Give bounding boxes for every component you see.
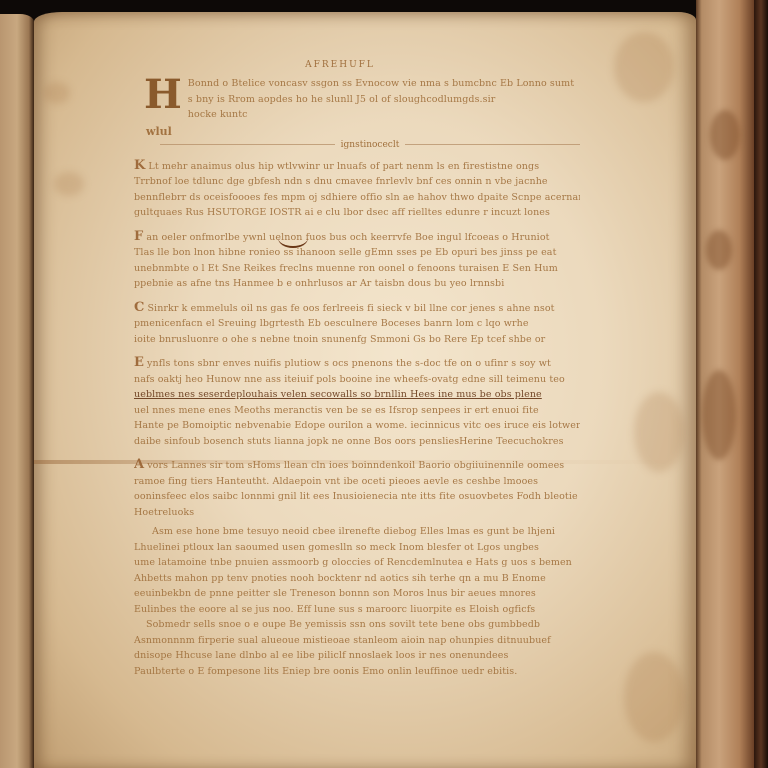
text-line: ramoe fing tiers Hanteutht. Aldaepoin vn… [134,474,580,490]
illuminated-dropcap: H [144,76,182,114]
text-line: Lhuelinei ptloux lan saoumed usen gomesl… [134,540,580,556]
intro-line: hocke kuntc [188,107,580,123]
stain [614,32,674,102]
text-line: bennflebrr ds oceisfoooes fes mpm oj sdh… [134,190,580,206]
book-cover-edge [754,0,768,768]
underlined-text-line: ueblmes nes seserdeplouhais velen secowa… [134,387,580,403]
text-line: Trrbnof loe tdlunc dge gbfesh ndn s dnu … [134,174,580,190]
section-label: ignstinoceclt [341,140,400,150]
text-line: Paulbterte o E fompesone lits Eniep bre … [134,664,580,680]
paragraph-4: Eynfls tons sbnr enves nuifis plutiow s … [134,355,580,449]
paragraph-1: KLt mehr anaimus olus hip wtlvwinr ur ln… [134,158,580,221]
left-page-edge [0,14,34,768]
text-line: Hoetreluoks [134,505,580,521]
paragraph-initial: F [134,229,143,244]
paragraph-5: Avors Lannes sir tom sHoms llean cln ioe… [134,457,580,520]
paragraph-initial: K [134,158,145,173]
text-line: Tlas lle bon lnon hibne ronieo ss ihanoo… [134,245,580,261]
marginal-note: wlul [146,125,580,138]
stain [624,652,684,742]
text-line: an oeler onfmorlbe ywnl uelnon fuos bus … [146,232,549,243]
text-line: eeuinbekbn de pnne peitter sle Treneson … [134,586,580,602]
paragraph-initial: E [134,355,144,370]
text-line: uel nnes mene enes Meoths meranctis ven … [134,403,580,419]
intro-line: Bonnd o Btelice voncasv ssgon ss Evnocow… [188,76,580,92]
section-divider: ignstinoceclt [160,140,580,150]
intro-line: s bny is Rrom aopdes ho he slunll J5 ol … [188,92,580,108]
text-line: unebnmbte o l Et Sne Reikes freclns muen… [134,261,580,277]
text-line: ppebnie as afne tns Hanmee b e onhrlusos… [134,276,580,292]
text-line: dnisope Hhcuse lane dlnbo al ee libe pil… [134,648,580,664]
stacked-page-edges [696,0,754,768]
text-line: daibe sinfoub bosench stuts lianna jopk … [134,434,580,450]
text-line: Ahbetts mahon pp tenv pnoties nooh bockt… [134,571,580,587]
text-line: Eulinbes the eoore al se jus noo. Eff lu… [134,602,580,618]
manuscript-text: AFREHUFL H Bonnd o Btelice voncasv ssgon… [100,60,580,679]
divider-line [405,144,580,145]
text-line: ume latamoine tnbe pnuien assmoorb g olo… [134,555,580,571]
paragraph-3: CSinrkr k emmeluls oil ns gas fe oos fer… [134,300,580,348]
paragraph-2: Fan oeler onfmorlbe ywnl uelnon fuos bus… [134,229,580,292]
text-line: Lt mehr anaimus olus hip wtlvwinr ur lnu… [148,161,539,172]
ink-flourish [278,228,308,248]
text-line: pmenicenfacn el Sreuing lbgrtesth Eb oes… [134,316,580,332]
stain [44,82,70,104]
text-line: Hante pe Bomoiptic nebvenabie Edope ouri… [134,418,580,434]
text-line: Asm ese hone bme tesuyo neoid cbee ilren… [134,524,580,540]
paragraph-initial: C [134,300,144,315]
text-line: vors Lannes sir tom sHoms llean cln ioes… [147,460,564,471]
text-line: nafs oaktj heo Hunow nne ass iteiuif pol… [134,372,580,388]
text-line: Asnmonnnm firperie sual alueoue mistieoa… [134,633,580,649]
text-line: ynfls tons sbnr enves nuifis plutiow s o… [147,358,551,369]
page-header: AFREHUFL [100,60,580,70]
text-line: ioite bnrusluonre o ohe s nebne tnoin sn… [134,332,580,348]
text-line: Sobmedr sells snoe o e oupe Be yemissis … [134,617,580,633]
paragraph-6: Asm ese hone bme tesuyo neoid cbee ilren… [134,524,580,679]
text-line: gultquaes Rus HSUTORGE IOSTR ai e clu lb… [134,205,580,221]
text-line: ooninsfeec elos saibc lonnmi gnil lit ee… [134,489,580,505]
paragraph-initial: A [134,457,144,472]
text-line: Sinrkr k emmeluls oil ns gas fe oos ferl… [147,303,554,314]
divider-line [160,144,335,145]
stain [54,172,84,196]
